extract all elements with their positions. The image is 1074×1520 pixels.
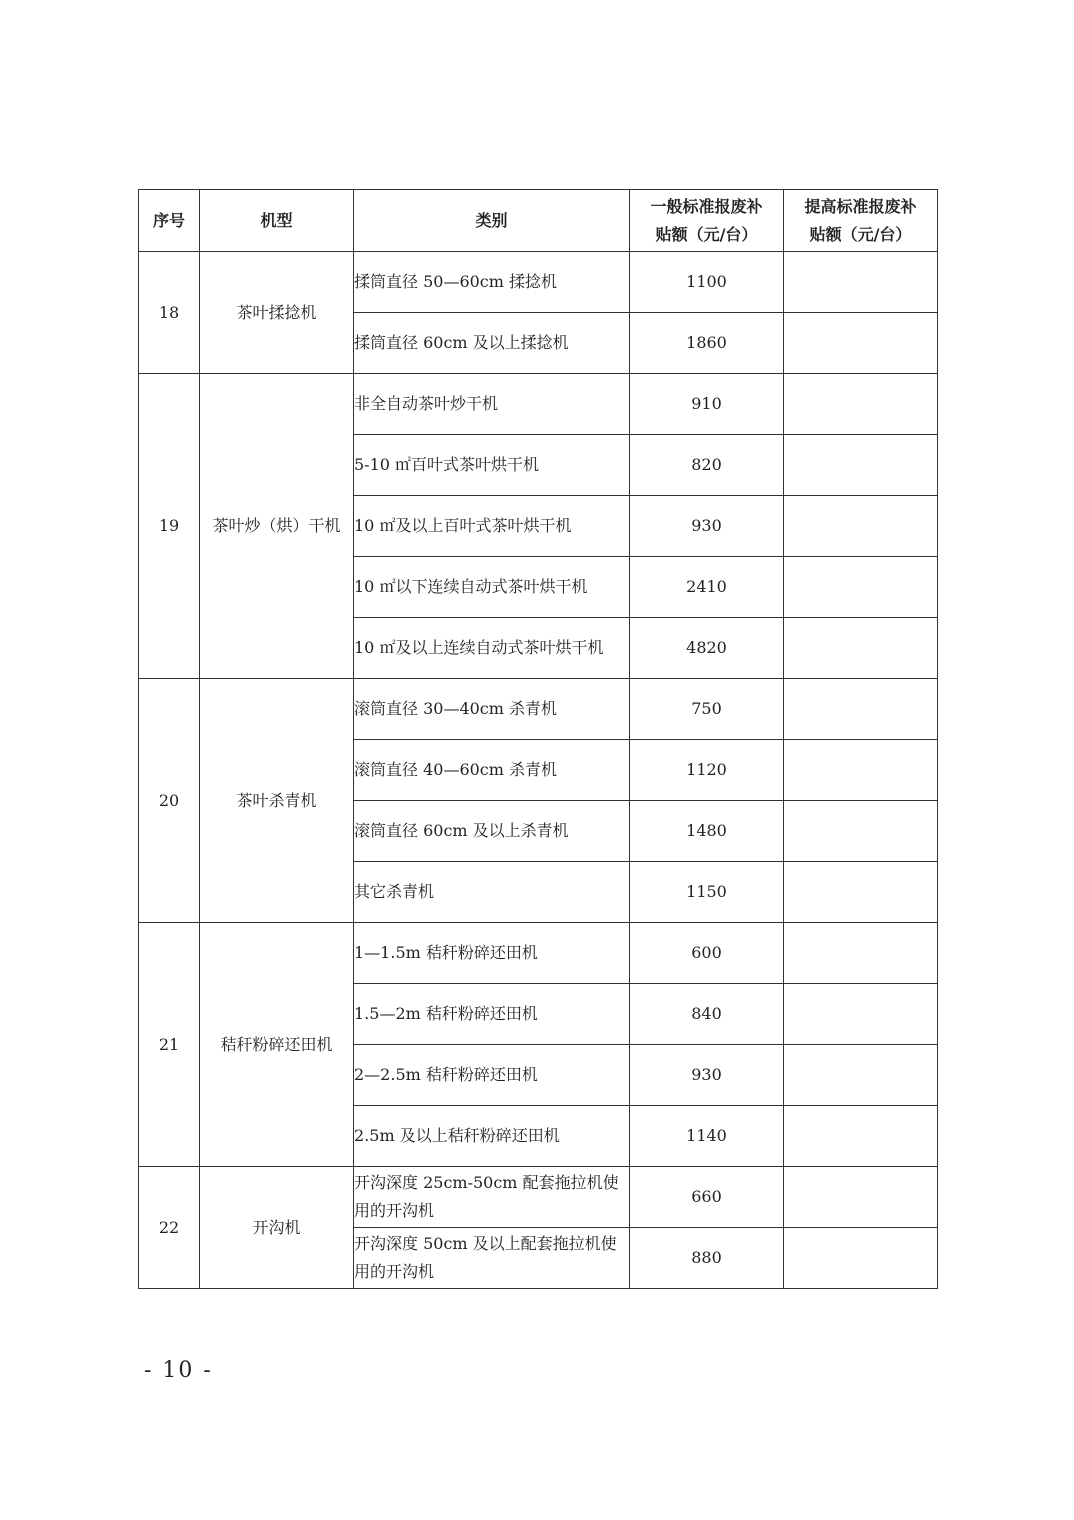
model-cell: 茶叶杀青机	[200, 679, 354, 923]
raised-subsidy-cell	[784, 1167, 938, 1228]
model-cell: 茶叶揉捻机	[200, 252, 354, 374]
seq-cell: 21	[139, 923, 200, 1167]
model-cell: 开沟机	[200, 1167, 354, 1289]
page-number: - 10 -	[144, 1358, 213, 1383]
category-cell: 非全自动茶叶炒干机	[354, 374, 630, 435]
raised-subsidy-cell	[784, 557, 938, 618]
seq-cell: 22	[139, 1167, 200, 1289]
header-general-subsidy: 一般标准报废补贴额（元/台）	[630, 190, 784, 252]
category-cell: 10 ㎡及以上百叶式茶叶烘干机	[354, 496, 630, 557]
header-category: 类别	[354, 190, 630, 252]
raised-subsidy-cell	[784, 496, 938, 557]
category-cell: 开沟深度 50cm 及以上配套拖拉机使用的开沟机	[354, 1228, 630, 1289]
subsidy-table: 序号 机型 类别 一般标准报废补贴额（元/台） 提高标准报废补贴额（元/台） 1…	[138, 189, 938, 1289]
category-cell: 10 ㎡以下连续自动式茶叶烘干机	[354, 557, 630, 618]
general-subsidy-cell: 750	[630, 679, 784, 740]
general-subsidy-cell: 820	[630, 435, 784, 496]
general-subsidy-cell: 1860	[630, 313, 784, 374]
general-subsidy-cell: 2410	[630, 557, 784, 618]
table-row: 22 开沟机 开沟深度 25cm-50cm 配套拖拉机使用的开沟机 660	[139, 1167, 938, 1228]
category-cell: 揉筒直径 60cm 及以上揉捻机	[354, 313, 630, 374]
raised-subsidy-cell	[784, 923, 938, 984]
header-raised-subsidy: 提高标准报废补贴额（元/台）	[784, 190, 938, 252]
header-seq: 序号	[139, 190, 200, 252]
model-cell: 秸秆粉碎还田机	[200, 923, 354, 1167]
category-cell: 开沟深度 25cm-50cm 配套拖拉机使用的开沟机	[354, 1167, 630, 1228]
category-cell: 10 ㎡及以上连续自动式茶叶烘干机	[354, 618, 630, 679]
general-subsidy-cell: 1480	[630, 801, 784, 862]
raised-subsidy-cell	[784, 313, 938, 374]
general-subsidy-cell: 1140	[630, 1106, 784, 1167]
table-row: 19 茶叶炒（烘）干机 非全自动茶叶炒干机 910	[139, 374, 938, 435]
table-row: 18 茶叶揉捻机 揉筒直径 50—60cm 揉捻机 1100	[139, 252, 938, 313]
category-cell: 滚筒直径 40—60cm 杀青机	[354, 740, 630, 801]
raised-subsidy-cell	[784, 740, 938, 801]
general-subsidy-cell: 910	[630, 374, 784, 435]
category-cell: 1.5—2m 秸秆粉碎还田机	[354, 984, 630, 1045]
general-subsidy-cell: 1150	[630, 862, 784, 923]
category-cell: 1—1.5m 秸秆粉碎还田机	[354, 923, 630, 984]
raised-subsidy-cell	[784, 679, 938, 740]
raised-subsidy-cell	[784, 618, 938, 679]
seq-cell: 20	[139, 679, 200, 923]
seq-cell: 18	[139, 252, 200, 374]
general-subsidy-cell: 880	[630, 1228, 784, 1289]
table-row: 20 茶叶杀青机 滚筒直径 30—40cm 杀青机 750	[139, 679, 938, 740]
general-subsidy-cell: 1100	[630, 252, 784, 313]
raised-subsidy-cell	[784, 801, 938, 862]
table-row: 21 秸秆粉碎还田机 1—1.5m 秸秆粉碎还田机 600	[139, 923, 938, 984]
category-cell: 滚筒直径 60cm 及以上杀青机	[354, 801, 630, 862]
general-subsidy-cell: 930	[630, 1045, 784, 1106]
seq-cell: 19	[139, 374, 200, 679]
raised-subsidy-cell	[784, 374, 938, 435]
category-cell: 揉筒直径 50—60cm 揉捻机	[354, 252, 630, 313]
general-subsidy-cell: 840	[630, 984, 784, 1045]
raised-subsidy-cell	[784, 984, 938, 1045]
raised-subsidy-cell	[784, 862, 938, 923]
model-cell: 茶叶炒（烘）干机	[200, 374, 354, 679]
header-model: 机型	[200, 190, 354, 252]
raised-subsidy-cell	[784, 252, 938, 313]
general-subsidy-cell: 930	[630, 496, 784, 557]
general-subsidy-cell: 4820	[630, 618, 784, 679]
category-cell: 2.5m 及以上秸秆粉碎还田机	[354, 1106, 630, 1167]
raised-subsidy-cell	[784, 1045, 938, 1106]
raised-subsidy-cell	[784, 435, 938, 496]
category-cell: 2—2.5m 秸秆粉碎还田机	[354, 1045, 630, 1106]
category-cell: 滚筒直径 30—40cm 杀青机	[354, 679, 630, 740]
header-row: 序号 机型 类别 一般标准报废补贴额（元/台） 提高标准报废补贴额（元/台）	[139, 190, 938, 252]
raised-subsidy-cell	[784, 1106, 938, 1167]
category-cell: 5-10 ㎡百叶式茶叶烘干机	[354, 435, 630, 496]
raised-subsidy-cell	[784, 1228, 938, 1289]
general-subsidy-cell: 660	[630, 1167, 784, 1228]
general-subsidy-cell: 1120	[630, 740, 784, 801]
category-cell: 其它杀青机	[354, 862, 630, 923]
general-subsidy-cell: 600	[630, 923, 784, 984]
